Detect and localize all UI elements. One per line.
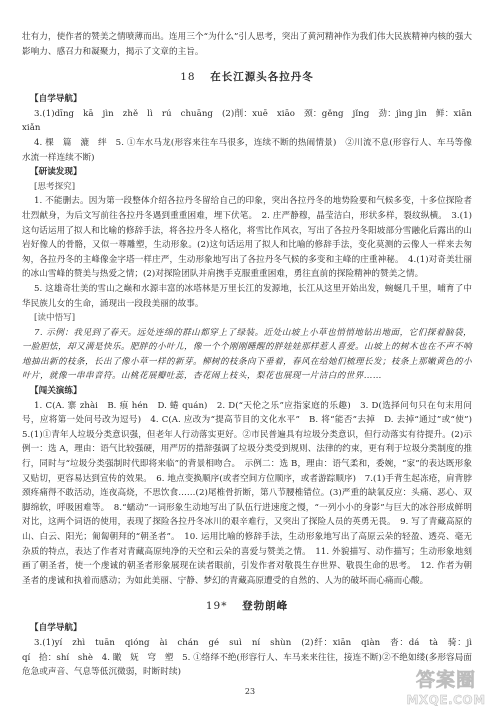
document-page: 壮有力，使作者的赞美之情喷薄而出。连用三个“为什么”引人思考，突出了黄河精神作为… — [22, 30, 472, 680]
section-self-study-18: 【自学导航】 — [30, 92, 472, 107]
watermark-logo: 答案圈 MXQE.COM — [404, 668, 488, 716]
l18-practice-answers: 1. C(A. 寨 zhài B. 痕 hén D. 蜷 quán) 2. D(… — [22, 399, 472, 589]
section-research-18: 【研读发现】 — [30, 165, 472, 180]
watermark-text: 答案圈 — [404, 668, 488, 692]
l18-q3-pinyin: 3.(1)dīng kā jìn zhě lì rú chuāng (2)削：x… — [22, 107, 472, 136]
section-practice-18: 【闯关演练】 — [30, 384, 472, 399]
section-self-study-19: 【自学导航】 — [30, 621, 472, 636]
l18-research-answers-2: 5. 这雄奇壮美的雪山之巅和水源丰富的冰塔林是万里长江的发源地，长江从这里开始出… — [22, 282, 472, 311]
lesson-19-title: 19* 登勃朗峰 — [22, 598, 472, 613]
subsection-think-explore: [思考探究] — [34, 180, 472, 195]
intro-paragraph: 壮有力，使作者的赞美之情喷薄而出。连用三个“为什么”引人思考，突出了黄河精神作为… — [22, 30, 472, 59]
lesson-18-title-text: 在长江源头各拉丹冬 — [210, 71, 314, 83]
lesson-18-number: 18 — [180, 71, 195, 83]
l18-research-answers-1: 1. 不能删去。因为第一段整体介绍各拉丹冬留给自己的印象，突出各拉丹冬的地势险要… — [22, 194, 472, 282]
lesson-18-title: 18 在长江源头各拉丹冬 — [22, 69, 472, 84]
lesson-19-number: 19* — [206, 600, 228, 612]
lesson-19-title-text: 登勃朗峰 — [242, 600, 288, 612]
l18-writing-sample: 7. 示例：我见到了春天。远处连绵的群山都穿上了绿装。近处山坡上小草也悄悄地钻出… — [22, 326, 472, 384]
watermark-url: MXQE.COM — [404, 692, 488, 708]
l18-q4-5: 4. 棵 篇 漉 绊 5. ①车水马龙(形容来往车马很多，连续不断的热闹情景) … — [22, 136, 472, 165]
subsection-read-write: [读中悟写] — [34, 311, 472, 326]
